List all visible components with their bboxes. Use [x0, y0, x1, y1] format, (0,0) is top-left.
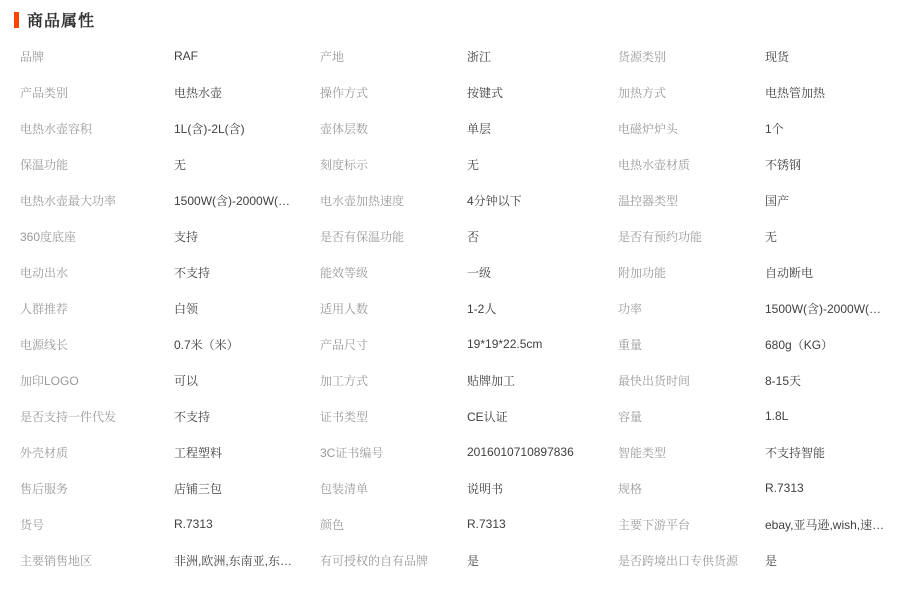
attribute-label: 电源线长: [20, 336, 174, 353]
attribute-row: 电源线长0.7米（米）产品尺寸19*19*22.5cm重量680g（KG）: [20, 326, 904, 362]
attribute-value: 19*19*22.5cm: [467, 337, 618, 351]
attribute-label: 加热方式: [618, 84, 765, 101]
attribute-row: 售后服务店铺三包包装清单说明书规格R.7313: [20, 470, 904, 506]
attribute-value: 是: [467, 552, 618, 569]
attribute-label: 电水壶加热速度: [320, 192, 467, 209]
attribute-value: 浙江: [467, 48, 618, 65]
attribute-value: 一级: [467, 264, 618, 281]
attribute-label: 功率: [618, 300, 765, 317]
attribute-label: 包装清单: [320, 480, 467, 497]
attribute-value: 不支持: [174, 264, 320, 281]
attribute-value: 4分钟以下: [467, 192, 618, 209]
attribute-label: 刻度标示: [320, 156, 467, 173]
attribute-value: 2016010710897836: [467, 445, 618, 459]
attribute-label: 产品尺寸: [320, 336, 467, 353]
attribute-row: 人群推荐白领适用人数1-2人功率1500W(含)-2000W(…: [20, 290, 904, 326]
attribute-label: 附加功能: [618, 264, 765, 281]
attribute-value: 1500W(含)-2000W(…: [765, 300, 904, 317]
attribute-label: 温控器类型: [618, 192, 765, 209]
attribute-label: 能效等级: [320, 264, 467, 281]
attribute-value: 不支持: [174, 408, 320, 425]
attribute-label: 360度底座: [20, 228, 174, 245]
attribute-value: 非洲,欧洲,东南亚,东…: [174, 552, 320, 569]
attribute-row: 360度底座支持是否有保温功能否是否有预约功能无: [20, 218, 904, 254]
attribute-label: 最快出货时间: [618, 372, 765, 389]
attribute-value: 1.8L: [765, 409, 904, 423]
accent-bar-icon: [14, 12, 19, 28]
attribute-row: 货号R.7313颜色R.7313主要下游平台ebay,亚马逊,wish,速…: [20, 506, 904, 542]
attribute-value: 1500W(含)-2000W(…: [174, 192, 320, 209]
attribute-value: R.7313: [467, 517, 618, 531]
attribute-label: 3C证书编号: [320, 444, 467, 461]
attribute-row: 保温功能无刻度标示无电热水壶材质不锈钢: [20, 146, 904, 182]
attribute-value: 否: [467, 228, 618, 245]
attribute-value: 0.7米（米）: [174, 336, 320, 353]
attribute-value: 680g（KG）: [765, 336, 904, 353]
attribute-value: 电热管加热: [765, 84, 904, 101]
attribute-value: R.7313: [765, 481, 904, 495]
attribute-value: 无: [765, 228, 904, 245]
attribute-value: 不支持智能: [765, 444, 904, 461]
attribute-value: 支持: [174, 228, 320, 245]
attribute-value: 贴牌加工: [467, 372, 618, 389]
attribute-row: 主要销售地区非洲,欧洲,东南亚,东…有可授权的自有品牌是是否跨境出口专供货源是: [20, 542, 904, 578]
attribute-row: 外壳材质工程塑料3C证书编号2016010710897836智能类型不支持智能: [20, 434, 904, 470]
attribute-label: 产品类别: [20, 84, 174, 101]
attribute-label: 货号: [20, 516, 174, 533]
attribute-value: 无: [467, 156, 618, 173]
attribute-label: 品牌: [20, 48, 174, 65]
attribute-label: 主要下游平台: [618, 516, 765, 533]
attribute-label: 智能类型: [618, 444, 765, 461]
section-header: 商品属性: [0, 0, 904, 28]
attribute-value: 1个: [765, 120, 904, 137]
attribute-label: 加工方式: [320, 372, 467, 389]
attribute-label: 电热水壶容积: [20, 120, 174, 137]
attribute-value: 店铺三包: [174, 480, 320, 497]
attribute-label: 是否有预约功能: [618, 228, 765, 245]
attribute-row: 产品类别电热水壶操作方式按键式加热方式电热管加热: [20, 74, 904, 110]
attribute-label: 是否支持一件代发: [20, 408, 174, 425]
attribute-value: 单层: [467, 120, 618, 137]
attribute-label: 电动出水: [20, 264, 174, 281]
attribute-label: 电热水壶最大功率: [20, 192, 174, 209]
attribute-value: 8-15天: [765, 372, 904, 389]
attribute-label: 有可授权的自有品牌: [320, 552, 467, 569]
attribute-label: 适用人数: [320, 300, 467, 317]
attribute-value: 按键式: [467, 84, 618, 101]
attribute-value: 电热水壶: [174, 84, 320, 101]
attribute-row: 电动出水不支持能效等级一级附加功能自动断电: [20, 254, 904, 290]
attribute-value: 白领: [174, 300, 320, 317]
attribute-value: 国产: [765, 192, 904, 209]
attribute-label: 规格: [618, 480, 765, 497]
attribute-label: 货源类别: [618, 48, 765, 65]
attribute-row: 电热水壶容积1L(含)-2L(含)壶体层数单层电磁炉炉头1个: [20, 110, 904, 146]
attribute-value: 说明书: [467, 480, 618, 497]
attribute-value: CE认证: [467, 408, 618, 425]
product-attributes-table: 品牌RAF产地浙江货源类别现货产品类别电热水壶操作方式按键式加热方式电热管加热电…: [0, 38, 904, 578]
attribute-label: 加印LOGO: [20, 372, 174, 389]
attribute-label: 壶体层数: [320, 120, 467, 137]
attribute-value: 工程塑料: [174, 444, 320, 461]
attribute-value: 1L(含)-2L(含): [174, 120, 320, 137]
attribute-label: 保温功能: [20, 156, 174, 173]
attribute-label: 是否跨境出口专供货源: [618, 552, 765, 569]
attribute-row: 加印LOGO可以加工方式贴牌加工最快出货时间8-15天: [20, 362, 904, 398]
attribute-label: 售后服务: [20, 480, 174, 497]
attribute-row: 是否支持一件代发不支持证书类型CE认证容量1.8L: [20, 398, 904, 434]
section-title: 商品属性: [27, 8, 95, 31]
attribute-row: 品牌RAF产地浙江货源类别现货: [20, 38, 904, 74]
attribute-label: 人群推荐: [20, 300, 174, 317]
attribute-value: 不锈钢: [765, 156, 904, 173]
attribute-label: 电热水壶材质: [618, 156, 765, 173]
attribute-label: 证书类型: [320, 408, 467, 425]
attribute-label: 外壳材质: [20, 444, 174, 461]
attribute-value: ebay,亚马逊,wish,速…: [765, 516, 904, 533]
attribute-value: 可以: [174, 372, 320, 389]
attribute-value: 1-2人: [467, 300, 618, 317]
attribute-label: 颜色: [320, 516, 467, 533]
attribute-value: 无: [174, 156, 320, 173]
attribute-label: 产地: [320, 48, 467, 65]
attribute-value: 现货: [765, 48, 904, 65]
attribute-value: R.7313: [174, 517, 320, 531]
attribute-value: 是: [765, 552, 904, 569]
attribute-value: 自动断电: [765, 264, 904, 281]
attribute-label: 主要销售地区: [20, 552, 174, 569]
attribute-label: 重量: [618, 336, 765, 353]
attribute-label: 电磁炉炉头: [618, 120, 765, 137]
attribute-label: 容量: [618, 408, 765, 425]
attribute-label: 操作方式: [320, 84, 467, 101]
attribute-label: 是否有保温功能: [320, 228, 467, 245]
attribute-row: 电热水壶最大功率1500W(含)-2000W(…电水壶加热速度4分钟以下温控器类…: [20, 182, 904, 218]
attribute-value: RAF: [174, 49, 320, 63]
